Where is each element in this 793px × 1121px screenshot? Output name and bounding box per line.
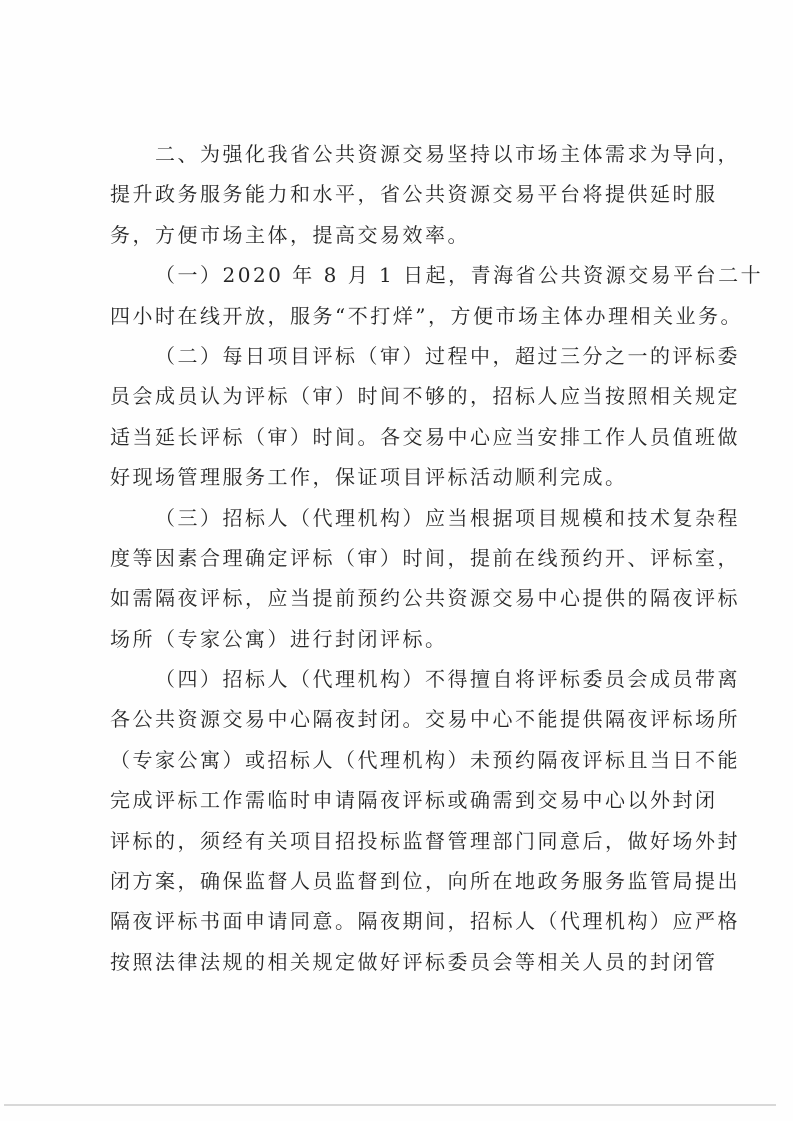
text-line: 闭方案，确保监督人员监督到位，向所在地政务服务监管局提出 <box>110 861 698 901</box>
text-line: 场所（专家公寓）进行封闭评标。 <box>110 619 698 659</box>
text-line: 二、为强化我省公共资源交易坚持以市场主体需求为导向， <box>110 134 698 174</box>
text-line: 四小时在线开放，服务“不打烊”，方便市场主体办理相关业务。 <box>110 296 698 336</box>
text-line: 评标的，须经有关项目招投标监督管理部门同意后，做好场外封 <box>110 821 698 861</box>
document-body: 二、为强化我省公共资源交易坚持以市场主体需求为导向， 提升政务服务能力和水平，省… <box>110 134 698 982</box>
text-line: 隔夜评标书面申请同意。隔夜期间，招标人（代理机构）应严格 <box>110 901 698 941</box>
paragraph-item-4: （四）招标人（代理机构）不得擅自将评标委员会成员带离 各公共资源交易中心隔夜封闭… <box>110 659 698 982</box>
text-line: （一）2020 年 8 月 1 日起，青海省公共资源交易平台二十 <box>110 255 698 295</box>
scan-edge-divider <box>4 1104 776 1106</box>
text-line: 按照法律法规的相关规定做好评标委员会等相关人员的封闭管 <box>110 942 698 982</box>
paragraph-section-2-intro: 二、为强化我省公共资源交易坚持以市场主体需求为导向， 提升政务服务能力和水平，省… <box>110 134 698 255</box>
text-line: 务，方便市场主体，提高交易效率。 <box>110 215 698 255</box>
text-line: 提升政务服务能力和水平，省公共资源交易平台将提供延时服 <box>110 174 698 214</box>
paragraph-item-2: （二）每日项目评标（审）过程中，超过三分之一的评标委 员会成员认为评标（审）时间… <box>110 336 698 498</box>
text-line: 度等因素合理确定评标（审）时间，提前在线预约开、评标室， <box>110 538 698 578</box>
text-line: （专家公寓）或招标人（代理机构）未预约隔夜评标且当日不能 <box>110 740 698 780</box>
document-page: 二、为强化我省公共资源交易坚持以市场主体需求为导向， 提升政务服务能力和水平，省… <box>0 0 793 1121</box>
text-line: 完成评标工作需临时申请隔夜评标或确需到交易中心以外封闭 <box>110 780 698 820</box>
text-line: （三）招标人（代理机构）应当根据项目规模和技术复杂程 <box>110 498 698 538</box>
paragraph-item-1: （一）2020 年 8 月 1 日起，青海省公共资源交易平台二十 四小时在线开放… <box>110 255 698 336</box>
text-line: （四）招标人（代理机构）不得擅自将评标委员会成员带离 <box>110 659 698 699</box>
text-line: 员会成员认为评标（审）时间不够的，招标人应当按照相关规定 <box>110 376 698 416</box>
text-line: 各公共资源交易中心隔夜封闭。交易中心不能提供隔夜评标场所 <box>110 699 698 739</box>
text-line: （二）每日项目评标（审）过程中，超过三分之一的评标委 <box>110 336 698 376</box>
text-line: 适当延长评标（审）时间。各交易中心应当安排工作人员值班做 <box>110 417 698 457</box>
text-line: 好现场管理服务工作，保证项目评标活动顺利完成。 <box>110 457 698 497</box>
text-line: 如需隔夜评标，应当提前预约公共资源交易中心提供的隔夜评标 <box>110 578 698 618</box>
paragraph-item-3: （三）招标人（代理机构）应当根据项目规模和技术复杂程 度等因素合理确定评标（审）… <box>110 498 698 660</box>
